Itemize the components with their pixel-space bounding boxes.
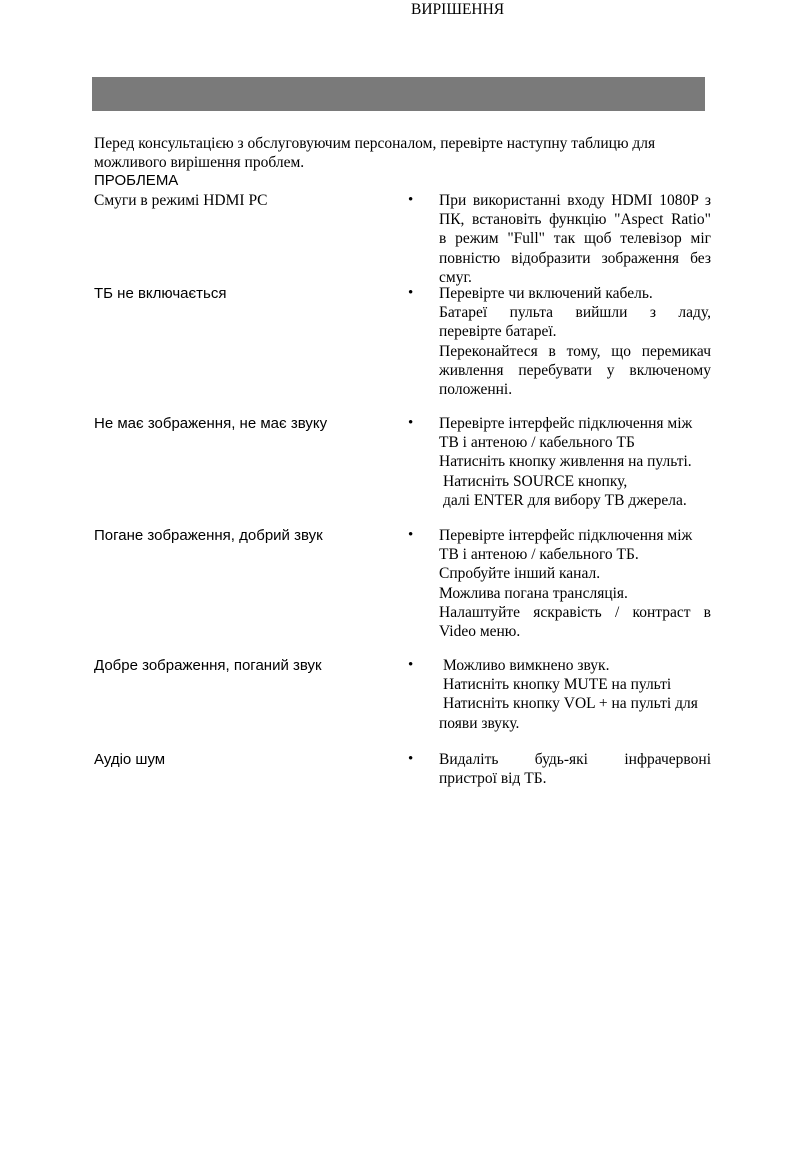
section-header-bar — [92, 77, 705, 111]
solution-line: далі ENTER для вибору ТВ джерела. — [439, 491, 711, 510]
problem-text: Смуги в режимі HDMI PC — [94, 191, 267, 210]
solution-line: Видаліть будь-які інфрачервоні — [439, 750, 711, 769]
column-header-problem: ПРОБЛЕМА — [94, 172, 178, 190]
solution-text: Перевірте чи включений кабель. Батареї п… — [439, 284, 711, 399]
bullet-icon: • — [408, 414, 413, 433]
solution-line: При використанні входу HDMI 1080P з — [439, 191, 711, 210]
solution-line: Спробуйте інший канал. — [439, 564, 711, 583]
solution-line: живлення перебувати у включеному — [439, 361, 711, 380]
solution-line: Перевірте чи включений кабель. — [439, 284, 711, 303]
solution-line: Можливо вимкнено звук. — [439, 656, 711, 675]
bullet-icon: • — [408, 284, 413, 303]
problem-text: Добре зображення, поганий звук — [94, 656, 322, 675]
solution-line: повністю відобразити зображення без — [439, 249, 711, 268]
solution-line: в режим "Full" так щоб телевізор міг — [439, 229, 711, 248]
solution-line: Натисніть кнопку VOL + на пульті для — [439, 694, 711, 713]
solution-line: Перевірте інтерфейс підключення між — [439, 526, 711, 545]
solution-line: Натисніть SOURCE кнопку, — [439, 472, 711, 491]
solution-line: перевірте батареї. — [439, 322, 711, 341]
solution-line: Можлива погана трансляція. — [439, 584, 711, 603]
bullet-icon: • — [408, 191, 413, 210]
problem-text: Не має зображення, не має звуку — [94, 414, 327, 433]
problem-text: Аудіо шум — [94, 750, 165, 769]
solution-line: пристрої від ТБ. — [439, 769, 711, 788]
solution-line: появи звуку. — [439, 714, 711, 733]
solution-line: ТВ і антеною / кабельного ТБ. — [439, 545, 711, 564]
solution-text: Перевірте інтерфейс підключення між ТВ і… — [439, 526, 711, 641]
solution-text: Можливо вимкнено звук. Натисніть кнопку … — [439, 656, 711, 733]
solution-line: Перевірте інтерфейс підключення між — [439, 414, 711, 433]
solution-line: Переконайтеся в тому, що перемикач — [439, 342, 711, 361]
problem-text: ТБ не включається — [94, 284, 226, 303]
solution-line: Натисніть кнопку живлення на пульті. — [439, 452, 711, 471]
solution-text: При використанні входу HDMI 1080P з ПК, … — [439, 191, 711, 287]
solution-text: Видаліть будь-які інфрачервоні пристрої … — [439, 750, 711, 788]
problem-text: Погане зображення, добрий звук — [94, 526, 323, 545]
solution-text: Перевірте інтерфейс підключення між ТВ і… — [439, 414, 711, 510]
solution-line: ТВ і антеною / кабельного ТБ — [439, 433, 711, 452]
solution-line: Натисніть кнопку MUTE на пульті — [439, 675, 711, 694]
solution-line: ПК, встановіть функцію "Aspect Ratio" — [439, 210, 711, 229]
solution-line: Video меню. — [439, 622, 711, 641]
solution-line: Налаштуйте яскравість / контраст в — [439, 603, 711, 622]
solution-line: Батареї пульта вийшли з ладу, — [439, 303, 711, 322]
column-header-solution: ВИРІШЕННЯ — [411, 0, 683, 19]
bullet-icon: • — [408, 656, 413, 675]
intro-paragraph: Перед консультацією з обслуговуючим перс… — [94, 134, 714, 172]
bullet-icon: • — [408, 750, 413, 769]
solution-line: положенні. — [439, 380, 711, 399]
bullet-icon: • — [408, 526, 413, 545]
